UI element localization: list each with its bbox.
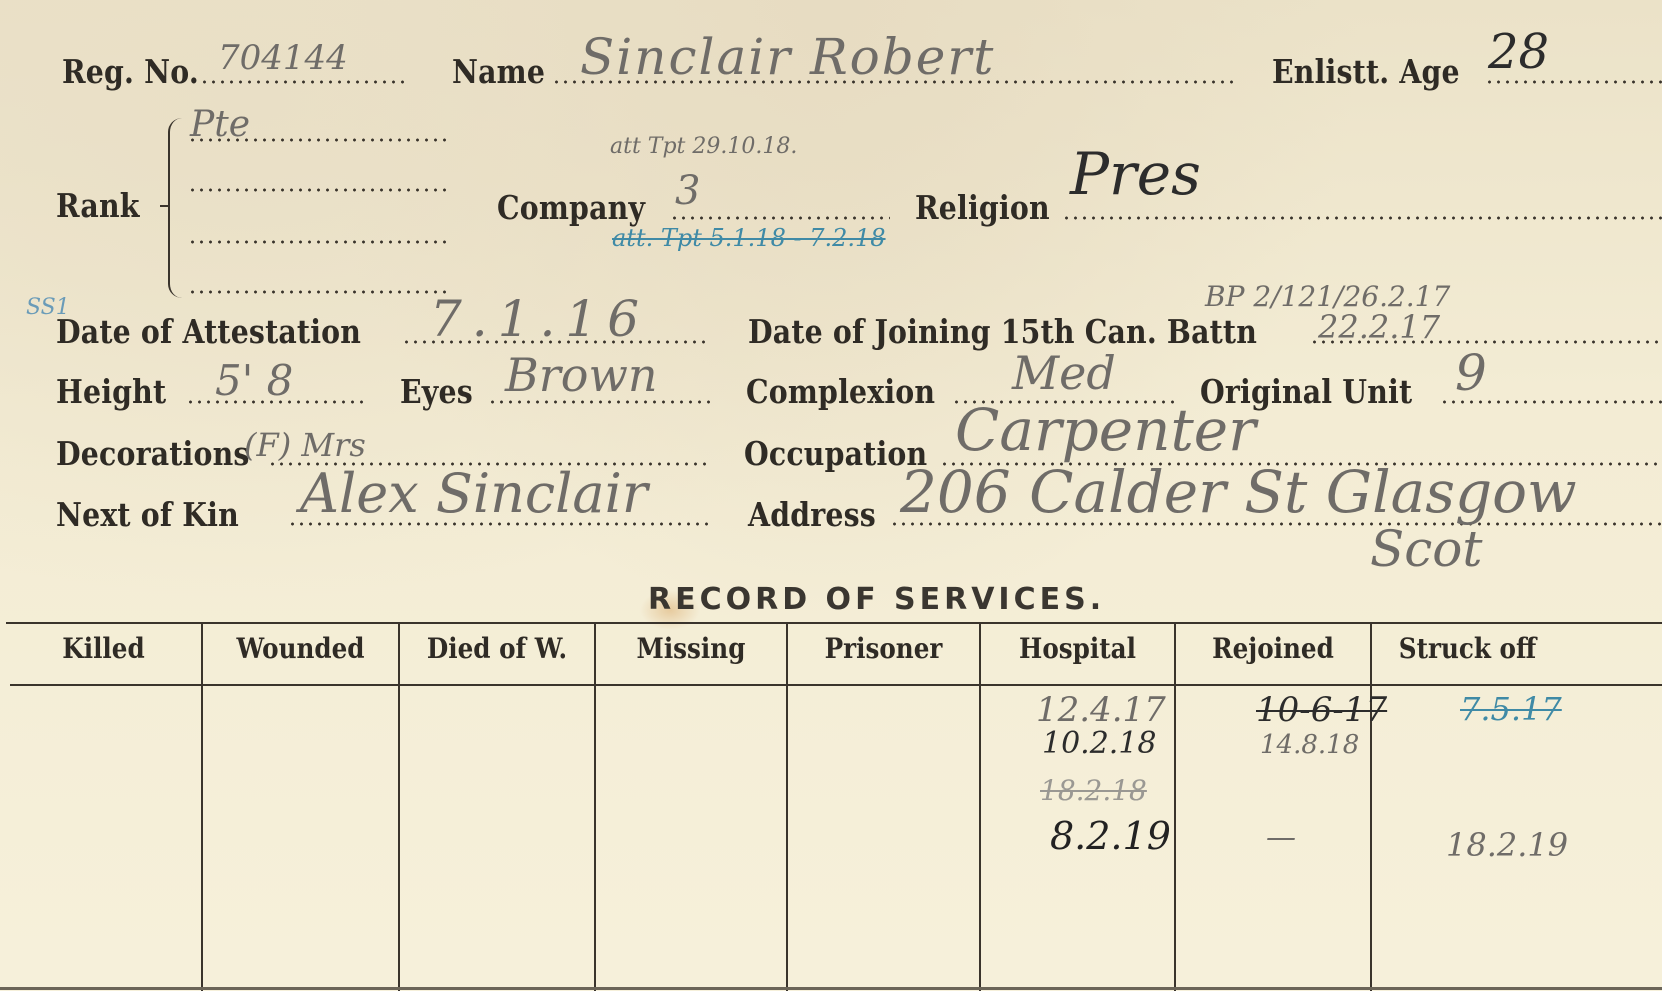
rejoined-entry-2: 14.8.18	[1260, 730, 1359, 760]
complexion-label: Complexion	[746, 372, 935, 411]
decorations-value: (F) Mrs	[244, 426, 366, 464]
column-header-killed: Killed	[18, 632, 190, 665]
column-divider	[201, 622, 203, 991]
decorations-label: Decorations	[56, 434, 250, 473]
service-record-card: Reg. No. 704144 Name Sinclair Robert Enl…	[0, 0, 1662, 991]
reg-no-dotted-line	[200, 80, 410, 84]
religion-label: Religion	[915, 188, 1050, 227]
column-divider	[594, 622, 596, 991]
reg-no-value: 704144	[218, 38, 348, 78]
column-divider	[979, 622, 981, 991]
rank-line-2	[188, 188, 446, 192]
rank-line-4	[188, 290, 446, 294]
hospital-entry-2: 10.2.18	[1042, 726, 1157, 761]
date-of-joining-label: Date of Joining 15th Can. Battn	[748, 312, 1257, 351]
column-divider	[786, 622, 788, 991]
column-divider	[1174, 622, 1176, 991]
date-of-joining-value: 22.2.17	[1318, 308, 1440, 346]
complexion-value: Med	[1012, 346, 1116, 400]
column-header-died-of-wounds: Died of W.	[412, 632, 583, 665]
company-dotted-line	[670, 216, 890, 220]
enlist-age-label: Enlistt. Age	[1272, 52, 1460, 91]
struck-off-entry-1: 7.5.17	[1460, 690, 1562, 728]
address-line2: Scot	[1370, 520, 1482, 578]
enlist-age-value: 28	[1488, 24, 1549, 80]
occupation-value: Carpenter	[955, 396, 1256, 464]
next-of-kin-value: Alex Sinclair	[300, 462, 648, 525]
name-value: Sinclair Robert	[580, 28, 995, 86]
column-header-wounded: Wounded	[215, 632, 387, 665]
column-header-missing: Missing	[607, 632, 774, 665]
column-divider	[398, 622, 400, 991]
company-value: 3	[675, 168, 700, 214]
rank-line-3	[188, 240, 446, 244]
religion-dotted-line	[1062, 216, 1662, 220]
eyes-value: Brown	[505, 348, 658, 402]
rank-brace	[168, 118, 190, 298]
record-of-services-title: RECORD OF SERVICES.	[648, 582, 1105, 617]
enlist-age-dotted-line	[1485, 80, 1662, 84]
original-unit-value: 9	[1455, 344, 1487, 402]
table-header-rule	[10, 684, 1662, 686]
date-of-attestation-label: Date of Attestation	[56, 312, 361, 351]
date-of-attestation-value: 7.1.16	[430, 290, 649, 348]
eyes-label: Eyes	[400, 372, 473, 411]
column-header-rejoined: Rejoined	[1188, 632, 1359, 665]
rejoined-entry-4: —	[1266, 820, 1296, 855]
height-label: Height	[56, 372, 166, 411]
company-note-below: att. Tpt 5.1.18 - 7.2.18	[612, 224, 886, 252]
column-header-prisoner: Prisoner	[799, 632, 967, 665]
company-note-above: att Tpt 29.10.18.	[610, 134, 797, 159]
religion-value: Pres	[1070, 140, 1201, 208]
rank-label: Rank	[56, 186, 140, 225]
struck-off-entry-4: 18.2.19	[1446, 826, 1568, 864]
rank-value: Pte	[190, 104, 250, 145]
column-divider	[1370, 622, 1372, 991]
height-value: 5' 8	[215, 356, 293, 405]
column-header-hospital: Hospital	[993, 632, 1163, 665]
name-label: Name	[452, 52, 545, 91]
hospital-entry-4: 8.2.19	[1050, 814, 1171, 858]
rejoined-entry-1: 10-6-17	[1256, 690, 1387, 730]
card-bottom-edge	[0, 987, 1662, 990]
address-label: Address	[748, 495, 876, 534]
rank-brace-tip	[160, 205, 170, 207]
hospital-entry-3: 18.2.18	[1040, 774, 1147, 807]
address-value: 206 Calder St Glasgow	[900, 458, 1577, 526]
company-label: Company	[497, 188, 645, 227]
column-header-struck-off: Struck off	[1390, 632, 1654, 665]
next-of-kin-label: Next of Kin	[56, 495, 239, 534]
table-top-rule	[6, 622, 1662, 624]
hospital-entry-1: 12.4.17	[1036, 690, 1166, 730]
reg-no-label: Reg. No.	[62, 52, 199, 91]
